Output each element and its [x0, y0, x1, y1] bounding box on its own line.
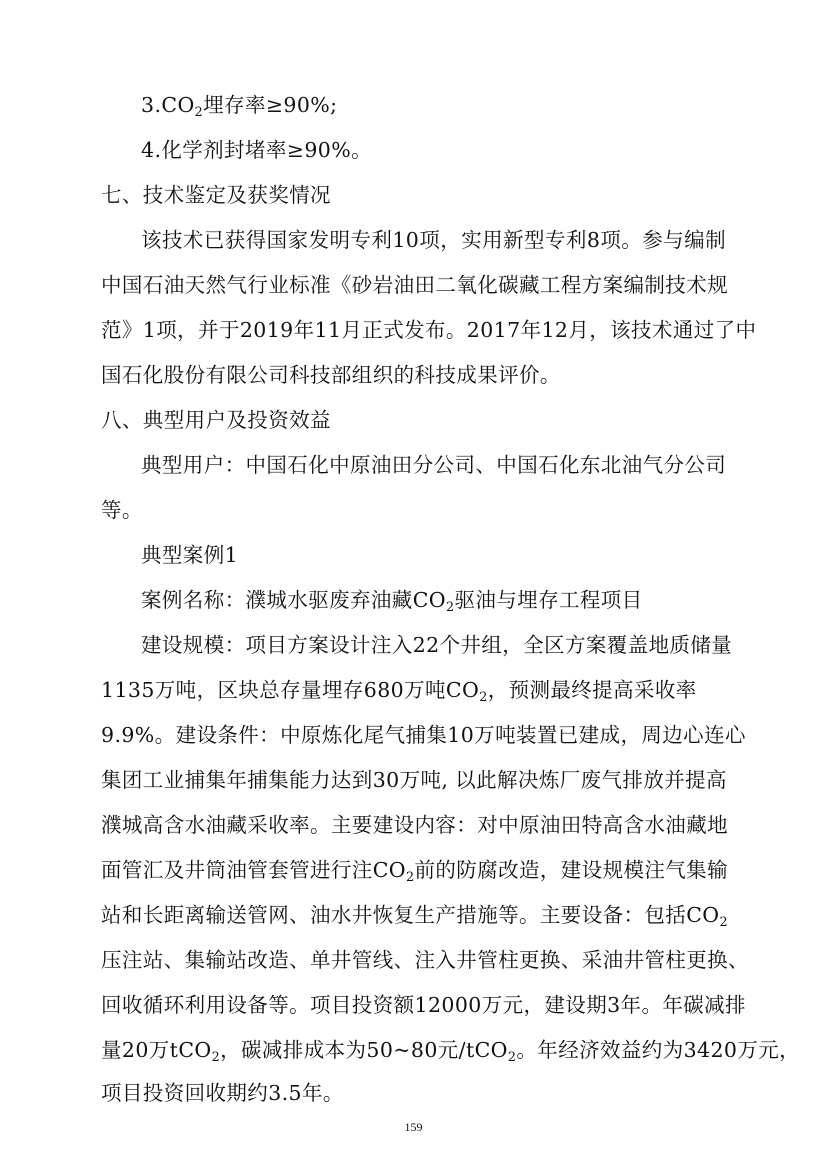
paragraph-line: 项目投资回收期约3.5年。 — [101, 1080, 344, 1106]
section-heading-7: 七、技术鉴定及获奖情况 — [101, 182, 331, 208]
paragraph-line: 压注站、集输站改造、单井管线、注入井管柱更换、采油井管柱更换、 — [101, 947, 726, 973]
case-title: 典型案例1 — [141, 542, 238, 568]
paragraph-line: 国石化股份有限公司科技部组织的科技成果评价。 — [101, 362, 561, 388]
paragraph-line: 范》1项，并于2019年11月正式发布。2017年12月，该技术通过了中 — [101, 317, 726, 343]
paragraph-line: 集团工业捕集年捕集能力达到30万吨, 以此解决炼厂废气排放并提高 — [101, 767, 726, 793]
case-name: 案例名称：濮城水驱废弃油藏CO2驱油与埋存工程项目 — [141, 587, 643, 613]
paragraph-line: 中国石油天然气行业标准《砂岩油田二氧化碳藏工程方案编制技术规 — [101, 272, 726, 298]
paragraph-line: 典型用户：中国石化中原油田分公司、中国石化东北油气分公司 — [141, 452, 726, 478]
spec-item-3: 3.CO2埋存率≥90%; — [141, 92, 338, 118]
paragraph-line: 该技术已获得国家发明专利10项，实用新型专利8项。参与编制 — [141, 227, 726, 253]
paragraph-line: 回收循环利用设备等。项目投资额12000万元，建设期3年。年碳减排 — [101, 992, 726, 1018]
paragraph-line: 1135万吨，区块总存量埋存680万吨CO2，预测最终提高采收率 — [101, 677, 697, 703]
spec-item-4: 4.化学剂封堵率≥90%。 — [141, 137, 372, 163]
paragraph-line: 量20万tCO2，碳减排成本为50~80元/tCO2。年经济效益约为3420万元… — [101, 1037, 800, 1063]
paragraph-line: 濮城高含水油藏采收率。主要建设内容：对中原油田特高含水油藏地 — [101, 812, 726, 838]
paragraph-line: 建设规模：项目方案设计注入22个井组，全区方案覆盖地质储量 — [141, 632, 726, 658]
paragraph-line: 站和长距离输送管网、油水井恢复生产措施等。主要设备：包括CO2 — [101, 902, 728, 928]
paragraph-line: 9.9%。建设条件：中原炼化尾气捕集10万吨装置已建成，周边心连心 — [101, 722, 726, 748]
paragraph-line: 等。 — [101, 497, 143, 523]
page-number: 159 — [0, 1120, 827, 1135]
paragraph-line: 面管汇及井筒油管套管进行注CO2前的防腐改造，建设规模注气集输 — [101, 857, 728, 883]
section-heading-8: 八、典型用户及投资效益 — [101, 407, 331, 433]
